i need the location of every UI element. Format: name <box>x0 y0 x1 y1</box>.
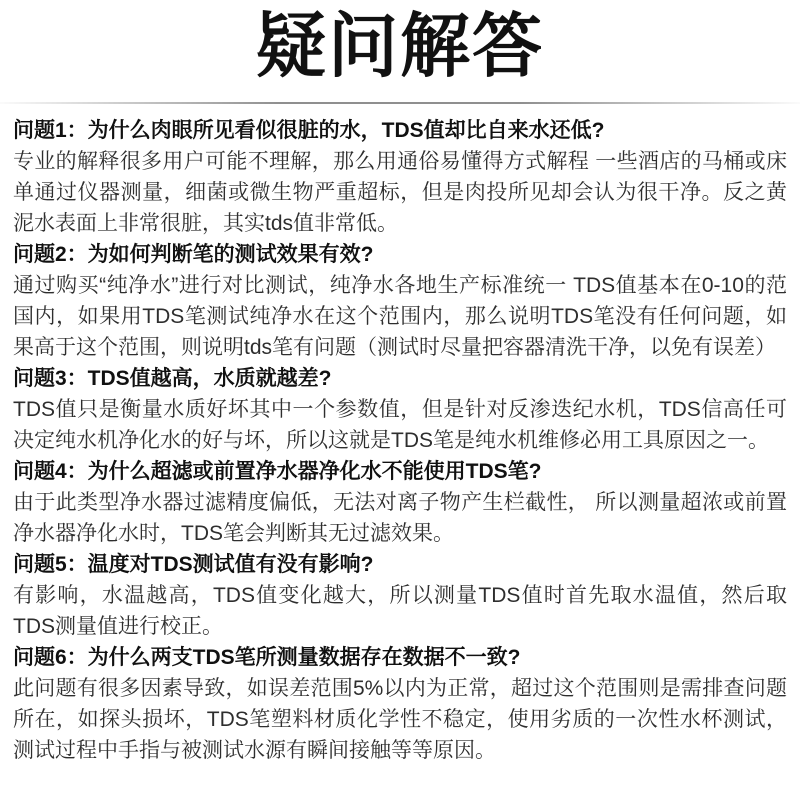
faq-question: 问题3：TDS值越高，水质就越差? <box>13 363 787 394</box>
faq-answer: 专业的解释很多用户可能不理解，那么用通俗易懂得方式解程 一些酒店的马桶或床单通过… <box>13 146 787 239</box>
page-title: 疑问解答 <box>0 6 800 86</box>
faq-answer: 有影响，水温越高，TDS值变化越大，所以测量TDS值时首先取水温值，然后取TDS… <box>13 580 787 642</box>
faq-question: 问题6：为什么两支TDS笔所测量数据存在数据不一致? <box>13 642 787 673</box>
faq-question: 问题4：为什么超滤或前置净水器净化水不能使用TDS笔? <box>13 456 787 487</box>
faq-answer: 由于此类型净水器过滤精度偏低，无法对离子物产生栏截性， 所以测量超浓或前置净水器… <box>13 487 787 549</box>
faq-answer: TDS值只是衡量水质好坏其中一个参数值，但是针对反渗迭纪水机，TDS信高任可决定… <box>13 394 787 456</box>
faq-item: 问题1：为什么肉眼所见看似很脏的水，TDS值却比自来水还低? 专业的解释很多用户… <box>13 115 787 239</box>
faq-page: 疑问解答 问题1：为什么肉眼所见看似很脏的水，TDS值却比自来水还低? 专业的解… <box>0 6 800 800</box>
faq-answer: 此问题有很多因素导致，如误差范围5%以内为正常，超过这个范围则是需排查问题所在，… <box>13 673 787 766</box>
faq-question: 问题2：为如何判断笔的测试效果有效? <box>13 239 787 270</box>
faq-item: 问题2：为如何判断笔的测试效果有效? 通过购买“纯净水”进行对比测试，纯净水各地… <box>13 239 787 363</box>
faq-question: 问题1：为什么肉眼所见看似很脏的水，TDS值却比自来水还低? <box>13 115 787 146</box>
faq-list: 问题1：为什么肉眼所见看似很脏的水，TDS值却比自来水还低? 专业的解释很多用户… <box>0 104 800 766</box>
faq-question: 问题5：温度对TDS测试值有没有影响? <box>13 549 787 580</box>
faq-answer: 通过购买“纯净水”进行对比测试，纯净水各地生产标准统一 TDS值基本在0-10的… <box>13 270 787 363</box>
faq-item: 问题3：TDS值越高，水质就越差? TDS值只是衡量水质好坏其中一个参数值，但是… <box>13 363 787 456</box>
faq-item: 问题6：为什么两支TDS笔所测量数据存在数据不一致? 此问题有很多因素导致，如误… <box>13 642 787 766</box>
faq-item: 问题4：为什么超滤或前置净水器净化水不能使用TDS笔? 由于此类型净水器过滤精度… <box>13 456 787 549</box>
faq-item: 问题5：温度对TDS测试值有没有影响? 有影响，水温越高，TDS值变化越大，所以… <box>13 549 787 642</box>
